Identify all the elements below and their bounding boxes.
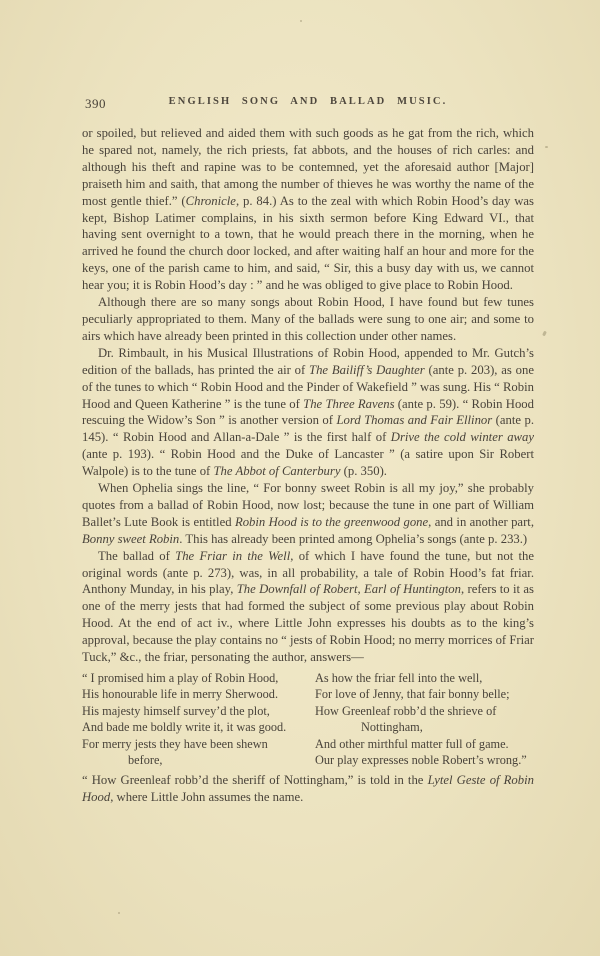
paragraph: or spoiled, but relieved and aided them … [82, 125, 534, 294]
verse-line: His majesty himself survey’d the plot, [82, 703, 301, 719]
paragraph-list: or spoiled, but relieved and aided them … [82, 125, 534, 666]
verse-column-right: As how the friar fell into the well,For … [315, 670, 534, 768]
paragraph: Although there are so many songs about R… [82, 294, 534, 345]
verse-column-left: “ I promised him a play of Robin Hood,Hi… [82, 670, 301, 768]
scan-speck [542, 331, 547, 337]
scan-speck [545, 146, 548, 148]
verse-line: How Greenleaf robb’d the shrieve of [315, 703, 534, 719]
verse-line: And bade me boldly write it, it was good… [82, 719, 301, 735]
paragraph: “ How Greenleaf robb’d the sheriff of No… [82, 772, 534, 806]
verse-line: “ I promised him a play of Robin Hood, [82, 670, 301, 686]
verse-line: before, [82, 752, 301, 768]
closing-paragraph-container: “ How Greenleaf robb’d the sheriff of No… [82, 772, 534, 806]
page-header: 390 ENGLISH SONG AND BALLAD MUSIC. [82, 96, 534, 110]
verse-quote: “ I promised him a play of Robin Hood,Hi… [82, 670, 534, 768]
scan-speck [300, 20, 302, 22]
book-page: 390 ENGLISH SONG AND BALLAD MUSIC. or sp… [0, 0, 600, 956]
paragraph: When Ophelia sings the line, “ For bonny… [82, 480, 534, 548]
scan-speck [118, 912, 120, 914]
verse-line: His honourable life in merry Sherwood. [82, 686, 301, 702]
verse-line: For merry jests they have been shewn [82, 736, 301, 752]
verse-line: Nottingham, [315, 719, 534, 735]
text-column: 390 ENGLISH SONG AND BALLAD MUSIC. or sp… [82, 96, 534, 806]
running-title: ENGLISH SONG AND BALLAD MUSIC. [82, 96, 534, 107]
verse-line: Our play expresses noble Robert’s wrong.… [315, 752, 534, 768]
paragraph: The ballad of The Friar in the Well, of … [82, 548, 534, 666]
verse-line: As how the friar fell into the well, [315, 670, 534, 686]
page-number: 390 [85, 96, 106, 112]
verse-line: For love of Jenny, that fair bonny belle… [315, 686, 534, 702]
verse-line: And other mirthful matter full of game. [315, 736, 534, 752]
paragraph: Dr. Rimbault, in his Musical Illustratio… [82, 345, 534, 480]
